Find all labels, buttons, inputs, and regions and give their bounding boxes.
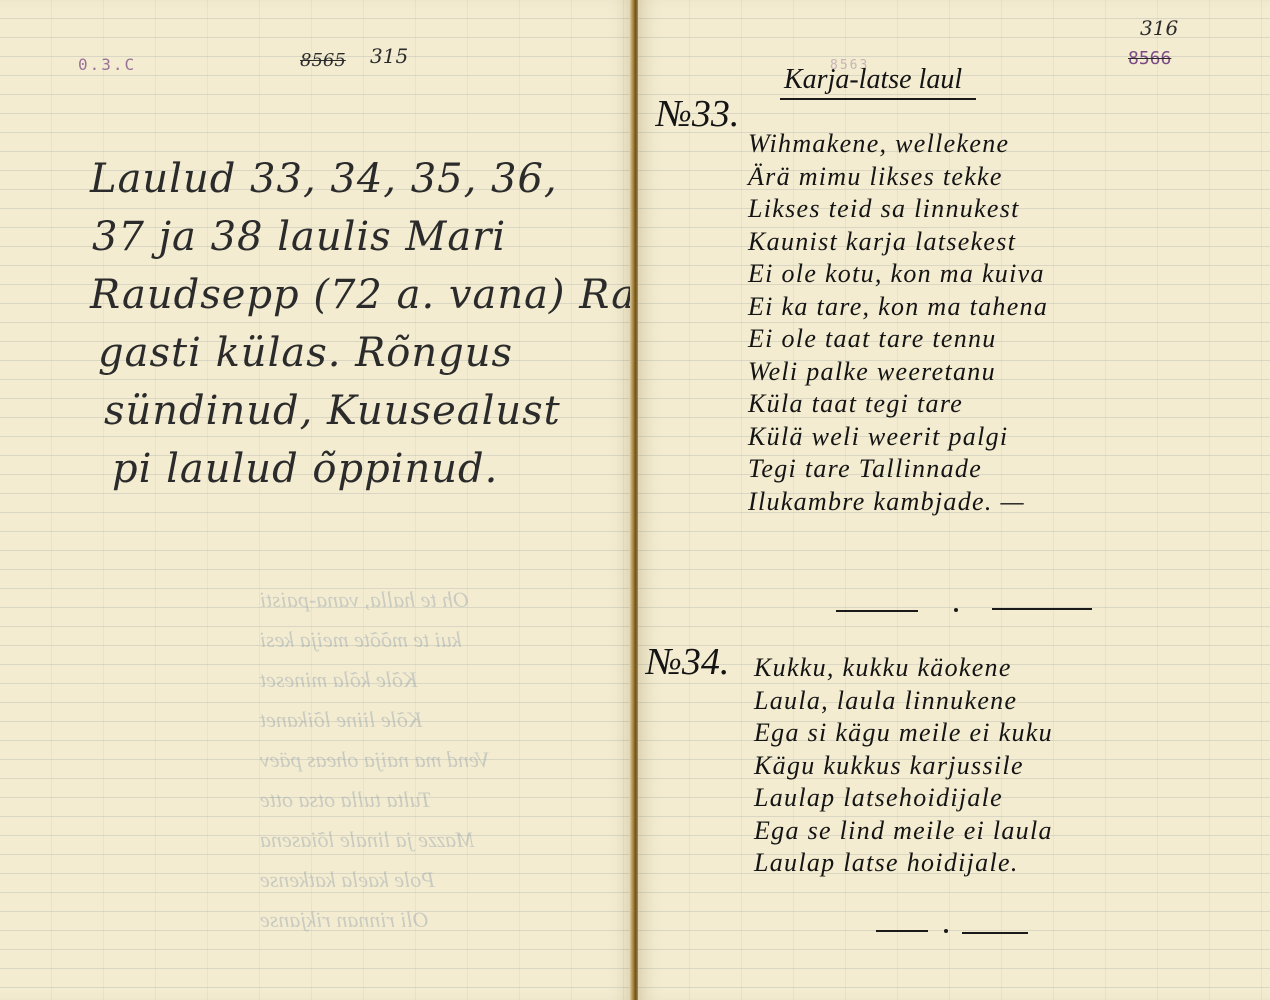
note-line: Raudsepp (72 a. vana) Rai- <box>90 266 630 324</box>
ghost-line: Pole kaela katkense <box>260 860 560 900</box>
ghost-line: kui te mõõte meija kesi <box>260 620 560 660</box>
verse-line: Kukku, kukku käokene <box>754 652 1053 685</box>
verse-line: Ei ka tare, kon ma tahena <box>748 291 1048 324</box>
verse-line: Ei ole taat tare tennu <box>748 323 1048 356</box>
ghost-line: Mazze ja linale lõiasena <box>260 820 560 860</box>
song-33-verses: Wihmakene, wellekene Ärä mimu likses tek… <box>748 128 1048 518</box>
verse-line: Laulap latsehoidijale <box>754 782 1053 815</box>
verse-line: Weli palke weeretanu <box>748 356 1048 389</box>
verse-line: Kägu kukkus karjussile <box>754 750 1053 783</box>
end-separator-dot <box>944 929 948 933</box>
verse-line: Ilukambre kambjade. — <box>748 486 1048 519</box>
verse-line: Laulap latse hoidijale. <box>754 847 1053 880</box>
verse-line: Ärä mimu likses tekke <box>748 161 1048 194</box>
verse-line: Ega si kägu meile ei kuku <box>754 717 1053 750</box>
archive-stamp-left: 0.3.C <box>78 55 136 74</box>
ghost-line: Oh te halla, vana-paisti <box>260 580 560 620</box>
song-separator-dot <box>954 608 958 612</box>
note-line: Laulud 33, 34, 35, 36, <box>90 150 630 208</box>
end-separator-left-stroke <box>876 930 928 932</box>
page-number-left: 315 <box>370 44 408 68</box>
note-line: 37 ja 38 laulis Mari <box>90 208 630 266</box>
right-page: 8563 316 8566 №33. Karja-latse laul Wihm… <box>638 0 1270 1000</box>
verse-line: Kaunist karja latsekest <box>748 226 1048 259</box>
song-title-33: Karja-latse laul <box>780 64 976 100</box>
old-page-number-left: 8565 <box>300 50 346 71</box>
old-page-number-right: 8566 <box>1128 48 1171 69</box>
ghost-line: Kõle kõla mineset <box>260 660 560 700</box>
ghost-line: Vend ma naija oheas päev <box>260 740 560 780</box>
note-line: pi laulud õppinud. <box>90 440 630 498</box>
verse-line: Tegi tare Tallinnade <box>748 453 1048 486</box>
song-separator-left-stroke <box>836 610 918 612</box>
note-line: sündinud, Kuusealust <box>90 382 630 440</box>
verse-line: Külä weli weerit palgi <box>748 421 1048 454</box>
verse-line: Ega se lind meile ei laula <box>754 815 1053 848</box>
page-number-right: 316 <box>1140 16 1178 40</box>
pencil-note: Laulud 33, 34, 35, 36, 37 ja 38 laulis M… <box>90 150 630 498</box>
verse-line: Ei ole kotu, kon ma kuiva <box>748 258 1048 291</box>
verse-line: Laula, laula linnukene <box>754 685 1053 718</box>
song-number-34: №34. <box>646 640 729 684</box>
song-separator-right-stroke <box>992 608 1092 610</box>
note-line: gasti külas. Rõngus <box>90 324 630 382</box>
ghost-line: Tulta tulla otsa otte <box>260 780 560 820</box>
song-number-33: №33. <box>656 92 739 136</box>
ghost-line: Oli rinnan rikjanse <box>260 900 560 940</box>
left-page: 0.3.C 8565 315 Laulud 33, 34, 35, 36, 37… <box>0 0 632 1000</box>
verse-line: Wihmakene, wellekene <box>748 128 1048 161</box>
verse-line: Likses teid sa linnukest <box>748 193 1048 226</box>
notebook-spread: 0.3.C 8565 315 Laulud 33, 34, 35, 36, 37… <box>0 0 1270 1000</box>
bleed-through-text: Oh te halla, vana-paisti kui te mõõte me… <box>260 580 560 940</box>
end-separator-right-stroke <box>962 932 1028 934</box>
verse-line: Küla taat tegi tare <box>748 388 1048 421</box>
song-34-verses: Kukku, kukku käokene Laula, laula linnuk… <box>754 652 1053 880</box>
ghost-line: Kõle liine lõikanet <box>260 700 560 740</box>
